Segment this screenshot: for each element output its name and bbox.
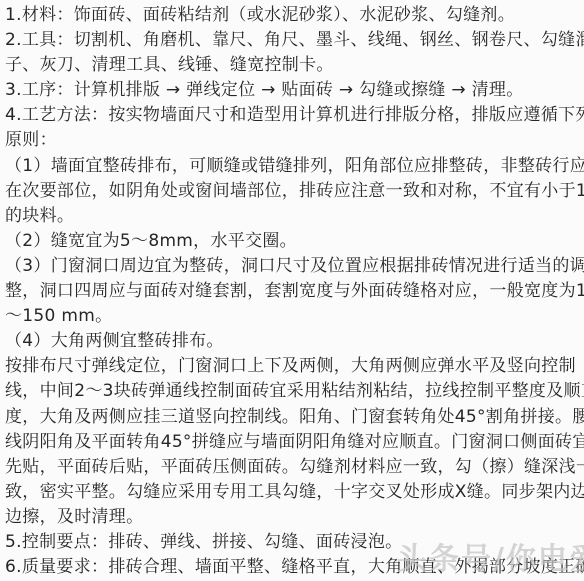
text-line: 6.质量要求：排砖合理、墙面平整、缝格平直，大角顺直、外揭部分坡度正确 [5, 555, 584, 580]
text-line: 线，中间2～3块砖弹通线控制面砖宜采用粘结剂粘结，拉线控制平整度及顺直 [5, 379, 584, 404]
text-line: （2）缝宽宜为5～8mm，水平交圈。 [5, 229, 584, 254]
text-line: ～150 mm。 [5, 304, 584, 329]
text-line: 先贴，平面砖后贴，平面砖压侧面砖。勾缝剂材料应一致，勾（擦）缝深浅一 [5, 455, 584, 480]
document-page: 1.材料：饰面砖、面砖粘结剂（或水泥砂浆）、水泥砂浆、勾缝剂。 2.工具：切割机… [0, 0, 584, 581]
text-line: （4）大角两侧宜整砖排布。 [5, 329, 584, 354]
text-line: 4.工艺方法：按实物墙面尺寸和造型用计算机进行排版分格，排版应遵循下列 [5, 103, 584, 128]
text-line: 2.工具：切割机、角磨机、靠尺、角尺、墨斗、线绳、钢丝、钢卷尺、勾缝溜 [5, 28, 584, 53]
text-line: 子、灰刀、清理工具、线锤、缝宽控制卡。 [5, 53, 584, 78]
text-line: 整，洞口四周应与面砖对缝套割，套割宽度与外面砖缝格对应，一般宽度为100 [5, 279, 584, 304]
text-line: 1.材料：饰面砖、面砖粘结剂（或水泥砂浆）、水泥砂浆、勾缝剂。 [5, 3, 584, 28]
text-line: 度，大角及两侧应挂三道竖向控制线。阳角、门窗套转角处45°割角拼接。腰 [5, 405, 584, 430]
text-line: 边擦，及时清理。 [5, 505, 584, 530]
text-line: 5.控制要点：排砖、弹线、拼接、勾缝、面砖浸泡。 [5, 530, 584, 555]
text-line: 3.工序：计算机排版 → 弹线定位 → 贴面砖 → 勾缝或擦缝 → 清理。 [5, 78, 584, 103]
text-line: 线阴阳角及平面转角45°拼缝应与墙面阴阳角缝对应顺直。门窗洞口侧面砖宜 [5, 430, 584, 455]
text-line: 在次要部位，如阴角处或窗间墙部位，排砖应注意一致和对称，不宜有小于1/2 [5, 179, 584, 204]
text-line: 的块料。 [5, 204, 584, 229]
text-line: 按排布尺寸弹线定位，门窗洞口上下及两侧，大角两侧应弹水平及竖向控制 [5, 354, 584, 379]
text-line: （3）门窗洞口周边宜为整砖，洞口尺寸及位置应根据排砖情况进行适当的调 [5, 254, 584, 279]
text-line: 致，密实平整。勾缝应采用专用工具勾缝，十字交叉处形成X缝。同步架内边贴 [5, 480, 584, 505]
document-body: 1.材料：饰面砖、面砖粘结剂（或水泥砂浆）、水泥砂浆、勾缝剂。 2.工具：切割机… [0, 0, 584, 580]
text-line: （1）墙面宜整砖排布，可顺缝或错缝排列，阳角部位应排整砖，非整砖行应排 [5, 154, 584, 179]
text-line: 原则： [5, 128, 584, 153]
